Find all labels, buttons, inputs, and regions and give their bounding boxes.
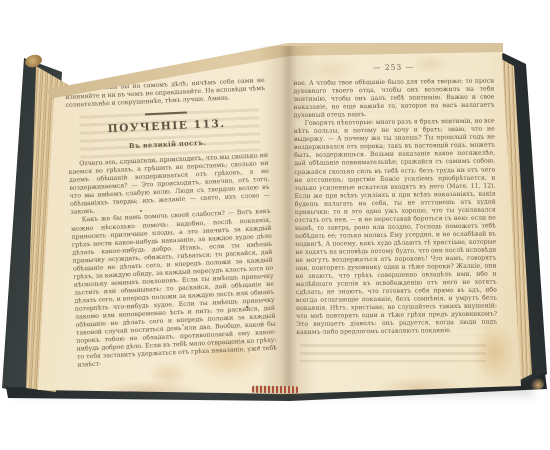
section-divider xyxy=(145,112,187,116)
sermon-subheading: Въ великій постъ. xyxy=(67,136,267,153)
paragraph: Говорятъ нѣкоторые: много разъ я бралъ э… xyxy=(294,118,498,338)
paragraph: ное. А чтобы твое обѣщаніе было для тебя… xyxy=(293,78,494,121)
show-through-text-right xyxy=(300,344,486,362)
paragraph: Какъ же бы намъ помочь своей слабости? —… xyxy=(71,208,278,370)
right-page-text: — 253 — ное. А чтобы твое обѣщаніе было … xyxy=(293,62,497,338)
sermon-heading: ПОУЧЕНІЕ 113. xyxy=(67,116,267,137)
left-page-text: — 252 — такими, каковы вы на самомъ дѣлѣ… xyxy=(64,61,277,370)
cover-corner-wear xyxy=(530,378,544,390)
gutter-shadow xyxy=(259,46,317,396)
page-number-right: — 253 — xyxy=(293,62,494,73)
paragraph: Отчего это, слушатели, происходитъ, что … xyxy=(68,152,270,217)
photo-scene: — 252 — такими, каковы вы на самомъ дѣлѣ… xyxy=(0,0,550,450)
endband-bottom xyxy=(252,386,298,393)
